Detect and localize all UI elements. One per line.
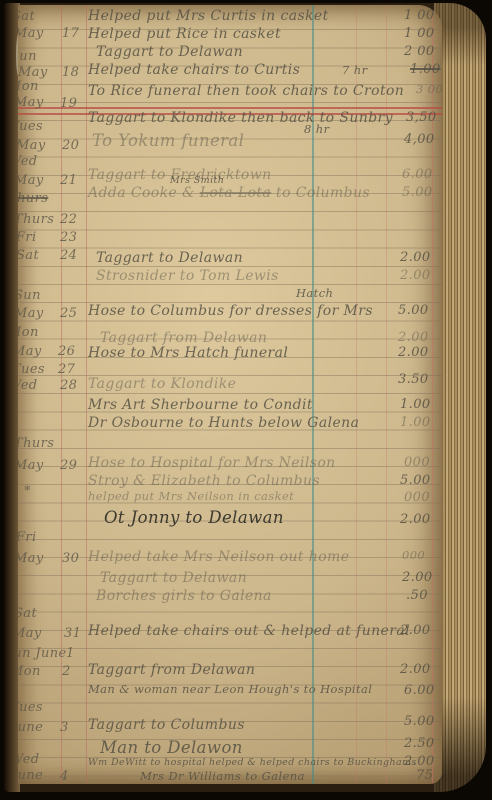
date-number: 2 [62, 665, 71, 678]
entry-text: Taggart to Delawan [100, 571, 247, 585]
day-label: Thurs [18, 192, 48, 205]
entry-amount: 1.00 [410, 63, 441, 76]
date-number: 4 [60, 770, 69, 783]
day-label: Thurs [18, 213, 54, 226]
insert-note: 7 hr [342, 65, 367, 77]
date-number: 22 [60, 213, 77, 226]
day-label: Wed [18, 379, 38, 392]
entry-amount: 5.00 [398, 304, 429, 317]
month-label: May [18, 307, 44, 320]
day-label: Sun June [18, 647, 67, 660]
month-label: May [18, 345, 42, 358]
entry-amount: 3.50 [398, 373, 429, 386]
day-label: Tues [18, 701, 43, 714]
date-number: 1 [66, 647, 75, 660]
month-label: June [18, 769, 43, 782]
entry-amount: 2.00 [400, 624, 431, 637]
entry-amount: 1.00 [400, 398, 431, 411]
entry-text: Ot Jonny to Delawan [104, 510, 284, 527]
entry-text: Helped take chairs to Curtis [88, 63, 300, 77]
month-label: May [18, 552, 44, 565]
entry-text: Man & woman near Leon Hough's to Hospita… [88, 684, 372, 696]
date-number: 18 [62, 66, 79, 79]
entry-amount: 2.00 [402, 571, 433, 584]
date-number: 17 [62, 27, 79, 40]
day-label: Wed [18, 155, 38, 168]
insert-note: Hatch [296, 288, 333, 300]
day-label: Mon [18, 326, 39, 339]
photo-background: SatMay17SunMay18MonMay19TuesMay20WedMay2… [0, 0, 492, 800]
entry-amount: 1.00 [400, 416, 431, 429]
ledger-book: SatMay17SunMay18MonMay19TuesMay20WedMay2… [4, 3, 486, 792]
entry-text: Helped put Mrs Curtis in casket [88, 9, 329, 23]
entry-text: Adda Cooke & Lota Lota to Columbus [88, 186, 370, 200]
date-number: 25 [60, 307, 77, 320]
month-label: June [18, 721, 43, 734]
entry-text-part: to Columbus [271, 185, 370, 201]
date-number: 29 [60, 459, 77, 472]
entry-amount: 2.00 [400, 513, 431, 526]
insert-note: Mrs Smith [170, 176, 224, 186]
month-label: May [18, 139, 46, 152]
month-label: May [18, 174, 44, 187]
day-label: Sat [18, 249, 39, 262]
entry-text: Strosnider to Tom Lewis [96, 269, 279, 283]
entry-text-part: Adda Cooke & [88, 185, 200, 201]
entry-amount: 2.00 [400, 663, 431, 676]
entry-text: Borches girls to Galena [96, 589, 272, 603]
date-number: 31 [64, 627, 81, 640]
date-number: 21 [60, 174, 77, 187]
day-label: Sat [18, 607, 37, 620]
day-label: Fri [18, 231, 37, 244]
day-label: Tues [18, 120, 43, 133]
day-label: Sat [18, 10, 35, 23]
entry-amount: 2.50 [404, 737, 435, 750]
month-label: May [18, 459, 44, 472]
day-label: Wed [18, 753, 40, 766]
entry-amount: 2.00 [400, 269, 431, 282]
month-label: May [18, 66, 48, 79]
day-label: Tues [18, 363, 45, 376]
month-label: May [18, 627, 42, 640]
entry-text: Mrs Dr Williams to Galena [140, 771, 305, 783]
entry-text: To Yokum funeral [92, 133, 244, 150]
date-number: 26 [58, 345, 75, 358]
date-number: 3 [60, 721, 69, 734]
entry-amount: 6.00 [402, 168, 433, 181]
entry-amount: 2.00 [398, 331, 429, 344]
entry-amount: 5.00 [400, 474, 431, 487]
entry-text: Taggart to Klondike [88, 377, 236, 391]
entry-text: Taggart from Delawan [88, 663, 255, 677]
entry-amount: 2 00 [404, 45, 435, 58]
entry-amount: 000 [404, 491, 430, 504]
day-label: Sun [18, 289, 41, 302]
entry-amount: 5.00 [404, 715, 435, 728]
entry-text: Helped take Mrs Neilson out home [88, 550, 349, 564]
entry-text: Taggart to Delawan [96, 251, 243, 265]
entry-amount: 2.00 [400, 251, 431, 264]
entry-amount: 1 00 [404, 9, 435, 22]
date-number: 23 [60, 231, 77, 244]
entry-amount: 000 [402, 550, 425, 562]
entry-text: Hose to Mrs Hatch funeral [88, 346, 288, 360]
entry-text: To Rice funeral then took chairs to Crot… [88, 84, 404, 98]
entry-text: Taggart from Delawan [100, 331, 267, 345]
entry-text: Stroy & Elizabeth to Columbus [88, 474, 320, 488]
entry-text: Hose to Hospital for Mrs Neilson [88, 456, 336, 470]
entry-text: Wm DeWitt to hospital helped & helped ch… [88, 758, 417, 768]
day-label: Mon [18, 665, 41, 678]
insert-note: 8 hr [304, 124, 329, 136]
date-number: 27 [58, 363, 75, 376]
date-number: 24 [60, 249, 77, 262]
entry-text: Dr Osbourne to Hunts below Galena [88, 416, 359, 430]
day-label: * [24, 485, 31, 498]
day-label: Thurs [18, 437, 54, 450]
entry-amount: 4,00 [404, 133, 435, 146]
struck-text: Lota Lota [200, 185, 271, 201]
entry-text: Taggart to Columbus [88, 718, 245, 732]
entry-text: Man to Delawon [100, 740, 243, 757]
entry-text: Taggart to Delawan [96, 45, 243, 59]
entry-amount: 3,50 [406, 111, 437, 124]
date-number: 20 [62, 139, 79, 152]
entry-amount: 3 00 [416, 84, 442, 96]
date-number: 19 [60, 97, 77, 110]
ledger-page: SatMay17SunMay18MonMay19TuesMay20WedMay2… [18, 5, 442, 784]
day-label: Mon [18, 80, 39, 93]
date-number: 28 [60, 379, 77, 392]
day-label: Fri [18, 531, 37, 544]
double-red-line-top [18, 107, 442, 109]
entry-amount: 75 [416, 769, 433, 782]
day-label: Sun [18, 50, 37, 63]
entry-text: Taggart to Klondike then back to Sunbry [88, 111, 393, 125]
month-label: May [18, 27, 44, 40]
month-label: May [18, 96, 44, 109]
date-number: 30 [62, 552, 79, 565]
entry-amount: 1 00 [404, 27, 435, 40]
entry-amount: 2.00 [404, 755, 435, 768]
entry-amount: .50 [406, 589, 428, 602]
entry-amount: 6.00 [404, 684, 435, 697]
entry-text: helped put Mrs Neilson in casket [88, 491, 294, 503]
entry-text: Helped take chairs out & helped at funer… [88, 624, 410, 638]
entry-text: Hose to Columbus for dresses for Mrs [88, 304, 373, 318]
entry-text: Helped put Rice in casket [88, 27, 281, 41]
entry-amount: 2.00 [398, 346, 429, 359]
entry-amount: 000 [404, 456, 430, 469]
entry-amount: 5.00 [402, 186, 433, 199]
entry-text: Mrs Art Sherbourne to Condit [88, 398, 313, 412]
